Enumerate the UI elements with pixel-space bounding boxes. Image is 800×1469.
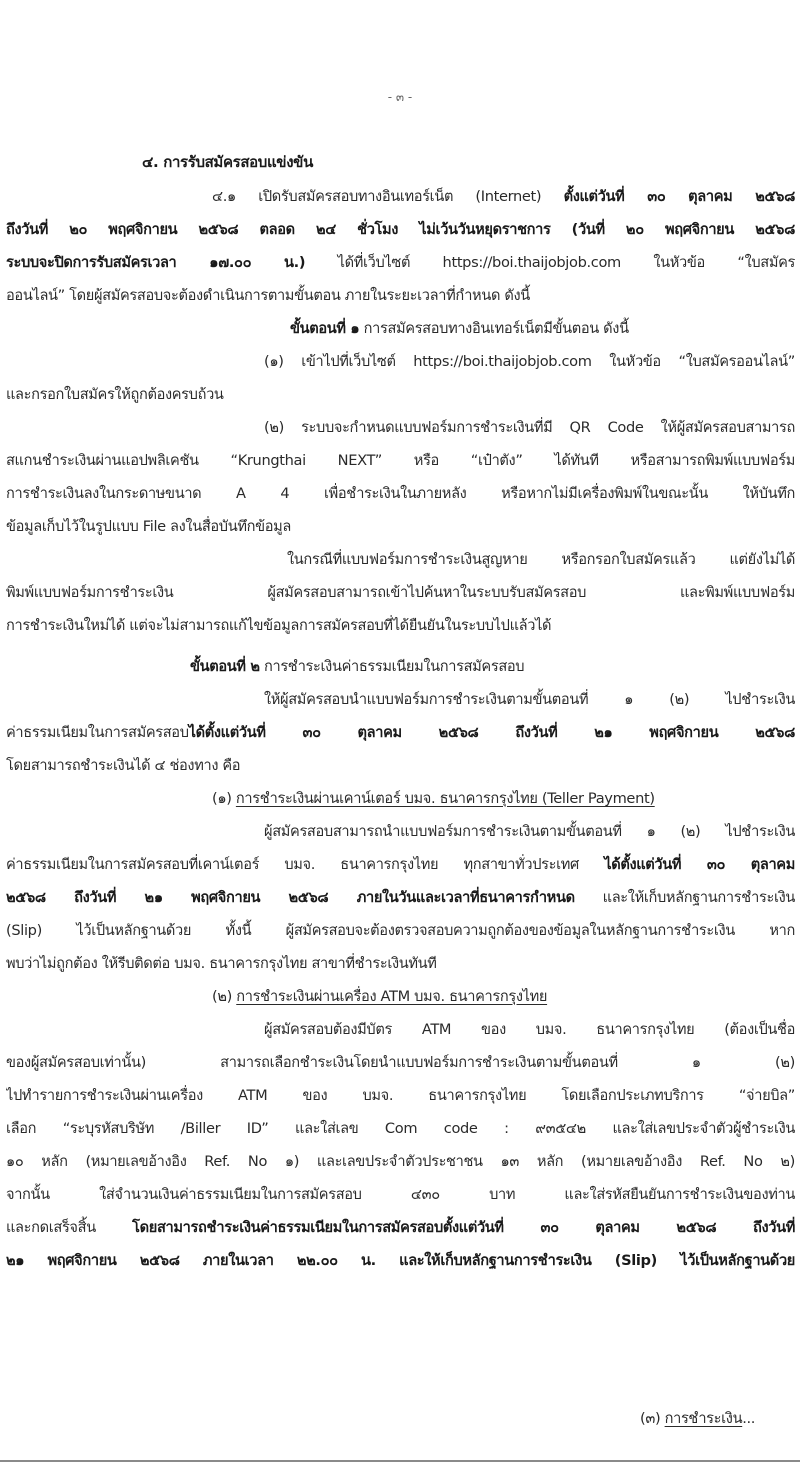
p41-text: ๔.๑ เปิดรับสมัครสอบทางอินเทอร์เน็ต (Inte… <box>212 188 564 205</box>
channel1-line-4: (Slip) ไว้เป็นหลักฐานด้วย ทั้งนี้ ผู้สมั… <box>6 914 795 947</box>
continuation-number: (๓) <box>640 1410 665 1427</box>
channel2-line-4: เลือก “ระบุรหัสบริษัท /Biller ID” และใส่… <box>6 1112 795 1145</box>
step2-title: ขั้นตอนที่ ๒ การชำระเงินค่าธรรมเนียมในกา… <box>190 650 690 683</box>
p41-line-2: ถึงวันที่ ๒๐ พฤศจิกายน ๒๕๖๘ ตลอด ๒๔ ชั่ว… <box>6 213 795 246</box>
channel2-number: (๒) <box>212 988 236 1005</box>
channel2-line-6: จากนั้น ใส่จำนวนเงินค่าธรรมเนียมในการสมั… <box>6 1178 795 1211</box>
step1-label: ขั้นตอนที่ ๑ <box>290 320 359 337</box>
p41-date-start: ตั้งแต่วันที่ ๓๐ ตุลาคม ๒๕๖๘ <box>564 188 795 205</box>
step2-desc: การชำระเงินค่าธรรมเนียมในการสมัครสอบ <box>260 658 525 675</box>
document-page: - ๓ - ๔. การรับสมัครสอบแข่งขัน ๔.๑ เปิดร… <box>0 0 800 1469</box>
page-number: - ๓ - <box>0 88 800 107</box>
channel1-line-5: พบว่าไม่ถูกต้อง ให้รีบติดต่อ บมจ. ธนาคาร… <box>6 947 795 980</box>
channel1-date-start: ได้ตั้งแต่วันที่ ๓๐ ตุลาคม <box>604 856 795 873</box>
continuation-text: การชำระเงิน <box>665 1410 743 1427</box>
channel2-line-5: ๑๐ หลัก (หมายเลขอ้างอิง Ref. No ๑) และเล… <box>6 1145 795 1178</box>
p41-line-4: ออนไลน์” โดยผู้สมัครสอบจะต้องดำเนินการตา… <box>6 279 795 312</box>
section-heading: ๔. การรับสมัครสอบแข่งขัน <box>142 146 642 179</box>
step2-intro-line-2: ค่าธรรมเนียมในการสมัครสอบได้ตั้งแต่วันที… <box>6 716 795 749</box>
channel1-number: (๑) <box>212 790 236 807</box>
p41-website: ได้ที่เว็บไซต์ https://boi.thaijobjob.co… <box>305 254 795 271</box>
channel2-line-2: ของผู้สมัครสอบเท่านั้น) สามารถเลือกชำระเ… <box>6 1046 795 1079</box>
step1-lost-line-2: พิมพ์แบบฟอร์มการชำระเงิน ผู้สมัครสอบสามา… <box>6 576 795 609</box>
step2-intro-line-1: ให้ผู้สมัครสอบนำแบบฟอร์มการชำระเงินตามขั… <box>264 683 795 716</box>
channel2-line-8: ๒๑ พฤศจิกายน ๒๕๖๘ ภายในเวลา ๒๒.๐๐ น. และ… <box>6 1244 795 1277</box>
step1-item2-line-4: ข้อมูลเก็บไว้ในรูปแบบ File ลงในสื่อบันทึ… <box>6 510 795 543</box>
bottom-divider <box>0 1460 800 1462</box>
step2-intro-line-3: โดยสามารถชำระเงินได้ ๔ ช่องทาง คือ <box>6 749 795 782</box>
step2-label: ขั้นตอนที่ ๒ <box>190 658 260 675</box>
channel1-line-2: ค่าธรรมเนียมในการสมัครสอบที่เคาน์เตอร์ บ… <box>6 848 795 881</box>
continuation-marker: (๓) การชำระเงิน... <box>640 1402 800 1435</box>
p41-line-1: ๔.๑ เปิดรับสมัครสอบทางอินเทอร์เน็ต (Inte… <box>212 180 795 213</box>
channel2-finish-text: และกดเสร็จสิ้น <box>6 1219 132 1236</box>
channel1-text: ค่าธรรมเนียมในการสมัครสอบที่เคาน์เตอร์ บ… <box>6 856 604 873</box>
p41-line-3: ระบบจะปิดการรับสมัครเวลา ๑๗.๐๐ น.) ได้ที… <box>6 246 795 279</box>
step1-lost-line-1: ในกรณีที่แบบฟอร์มการชำระเงินสูญหาย หรือก… <box>287 543 795 576</box>
step1-item1-line-1: (๑) เข้าไปที่เว็บไซต์ https://boi.thaijo… <box>264 345 795 378</box>
channel2-line-7: และกดเสร็จสิ้น โดยสามารถชำระเงินค่าธรรมเ… <box>6 1211 795 1244</box>
step1-lost-line-3: การชำระเงินใหม่ได้ แต่จะไม่สามารถแก้ไขข้… <box>6 609 795 642</box>
step1-item1-line-2: และกรอกใบสมัครให้ถูกต้องครบถ้วน <box>6 378 795 411</box>
step1-item2-line-3: การชำระเงินลงในกระดาษขนาด A 4 เพื่อชำระเ… <box>6 477 795 510</box>
channel1-line-1: ผู้สมัครสอบสามารถนำแบบฟอร์มการชำระเงินตา… <box>264 815 795 848</box>
channel1-date-end: ๒๕๖๘ ถึงวันที่ ๒๑ พฤศจิกายน ๒๕๖๘ ภายในวั… <box>6 889 575 906</box>
continuation-ellipsis: ... <box>742 1410 755 1427</box>
channel2-title: (๒) การชำระเงินผ่านเครื่อง ATM บมจ. ธนาค… <box>212 980 792 1013</box>
channel2-line-3: ไปทำรายการชำระเงินผ่านเครื่อง ATM ของ บม… <box>6 1079 795 1112</box>
step1-title: ขั้นตอนที่ ๑ การสมัครสอบทางอินเทอร์เน็ตม… <box>290 312 790 345</box>
channel1-title: (๑) การชำระเงินผ่านเคาน์เตอร์ บมจ. ธนาคา… <box>212 782 792 815</box>
channel1-slip-text: และให้เก็บหลักฐานการชำระเงิน <box>575 889 795 906</box>
channel2-date-start: โดยสามารถชำระเงินค่าธรรมเนียมในการสมัครส… <box>132 1219 795 1236</box>
step1-item2-line-2: สแกนชำระเงินผ่านแอปพลิเคชัน “Krungthai N… <box>6 444 795 477</box>
p41-close-time: ระบบจะปิดการรับสมัครเวลา ๑๗.๐๐ น.) <box>6 254 305 271</box>
step2-date-range: ได้ตั้งแต่วันที่ ๓๐ ตุลาคม ๒๕๖๘ ถึงวันที… <box>189 724 795 741</box>
step2-fee-text: ค่าธรรมเนียมในการสมัครสอบ <box>6 724 189 741</box>
step1-item2-line-1: (๒) ระบบจะกำหนดแบบฟอร์มการชำระเงินที่มี … <box>264 411 795 444</box>
step1-desc: การสมัครสอบทางอินเทอร์เน็ตมีขั้นตอน ดังน… <box>359 320 628 337</box>
channel2-line-1: ผู้สมัครสอบต้องมีบัตร ATM ของ บมจ. ธนาคา… <box>264 1013 795 1046</box>
channel1-heading: การชำระเงินผ่านเคาน์เตอร์ บมจ. ธนาคารกรุ… <box>236 790 655 807</box>
channel2-heading: การชำระเงินผ่านเครื่อง ATM บมจ. ธนาคารกร… <box>236 988 547 1005</box>
channel1-line-3: ๒๕๖๘ ถึงวันที่ ๒๑ พฤศจิกายน ๒๕๖๘ ภายในวั… <box>6 881 795 914</box>
